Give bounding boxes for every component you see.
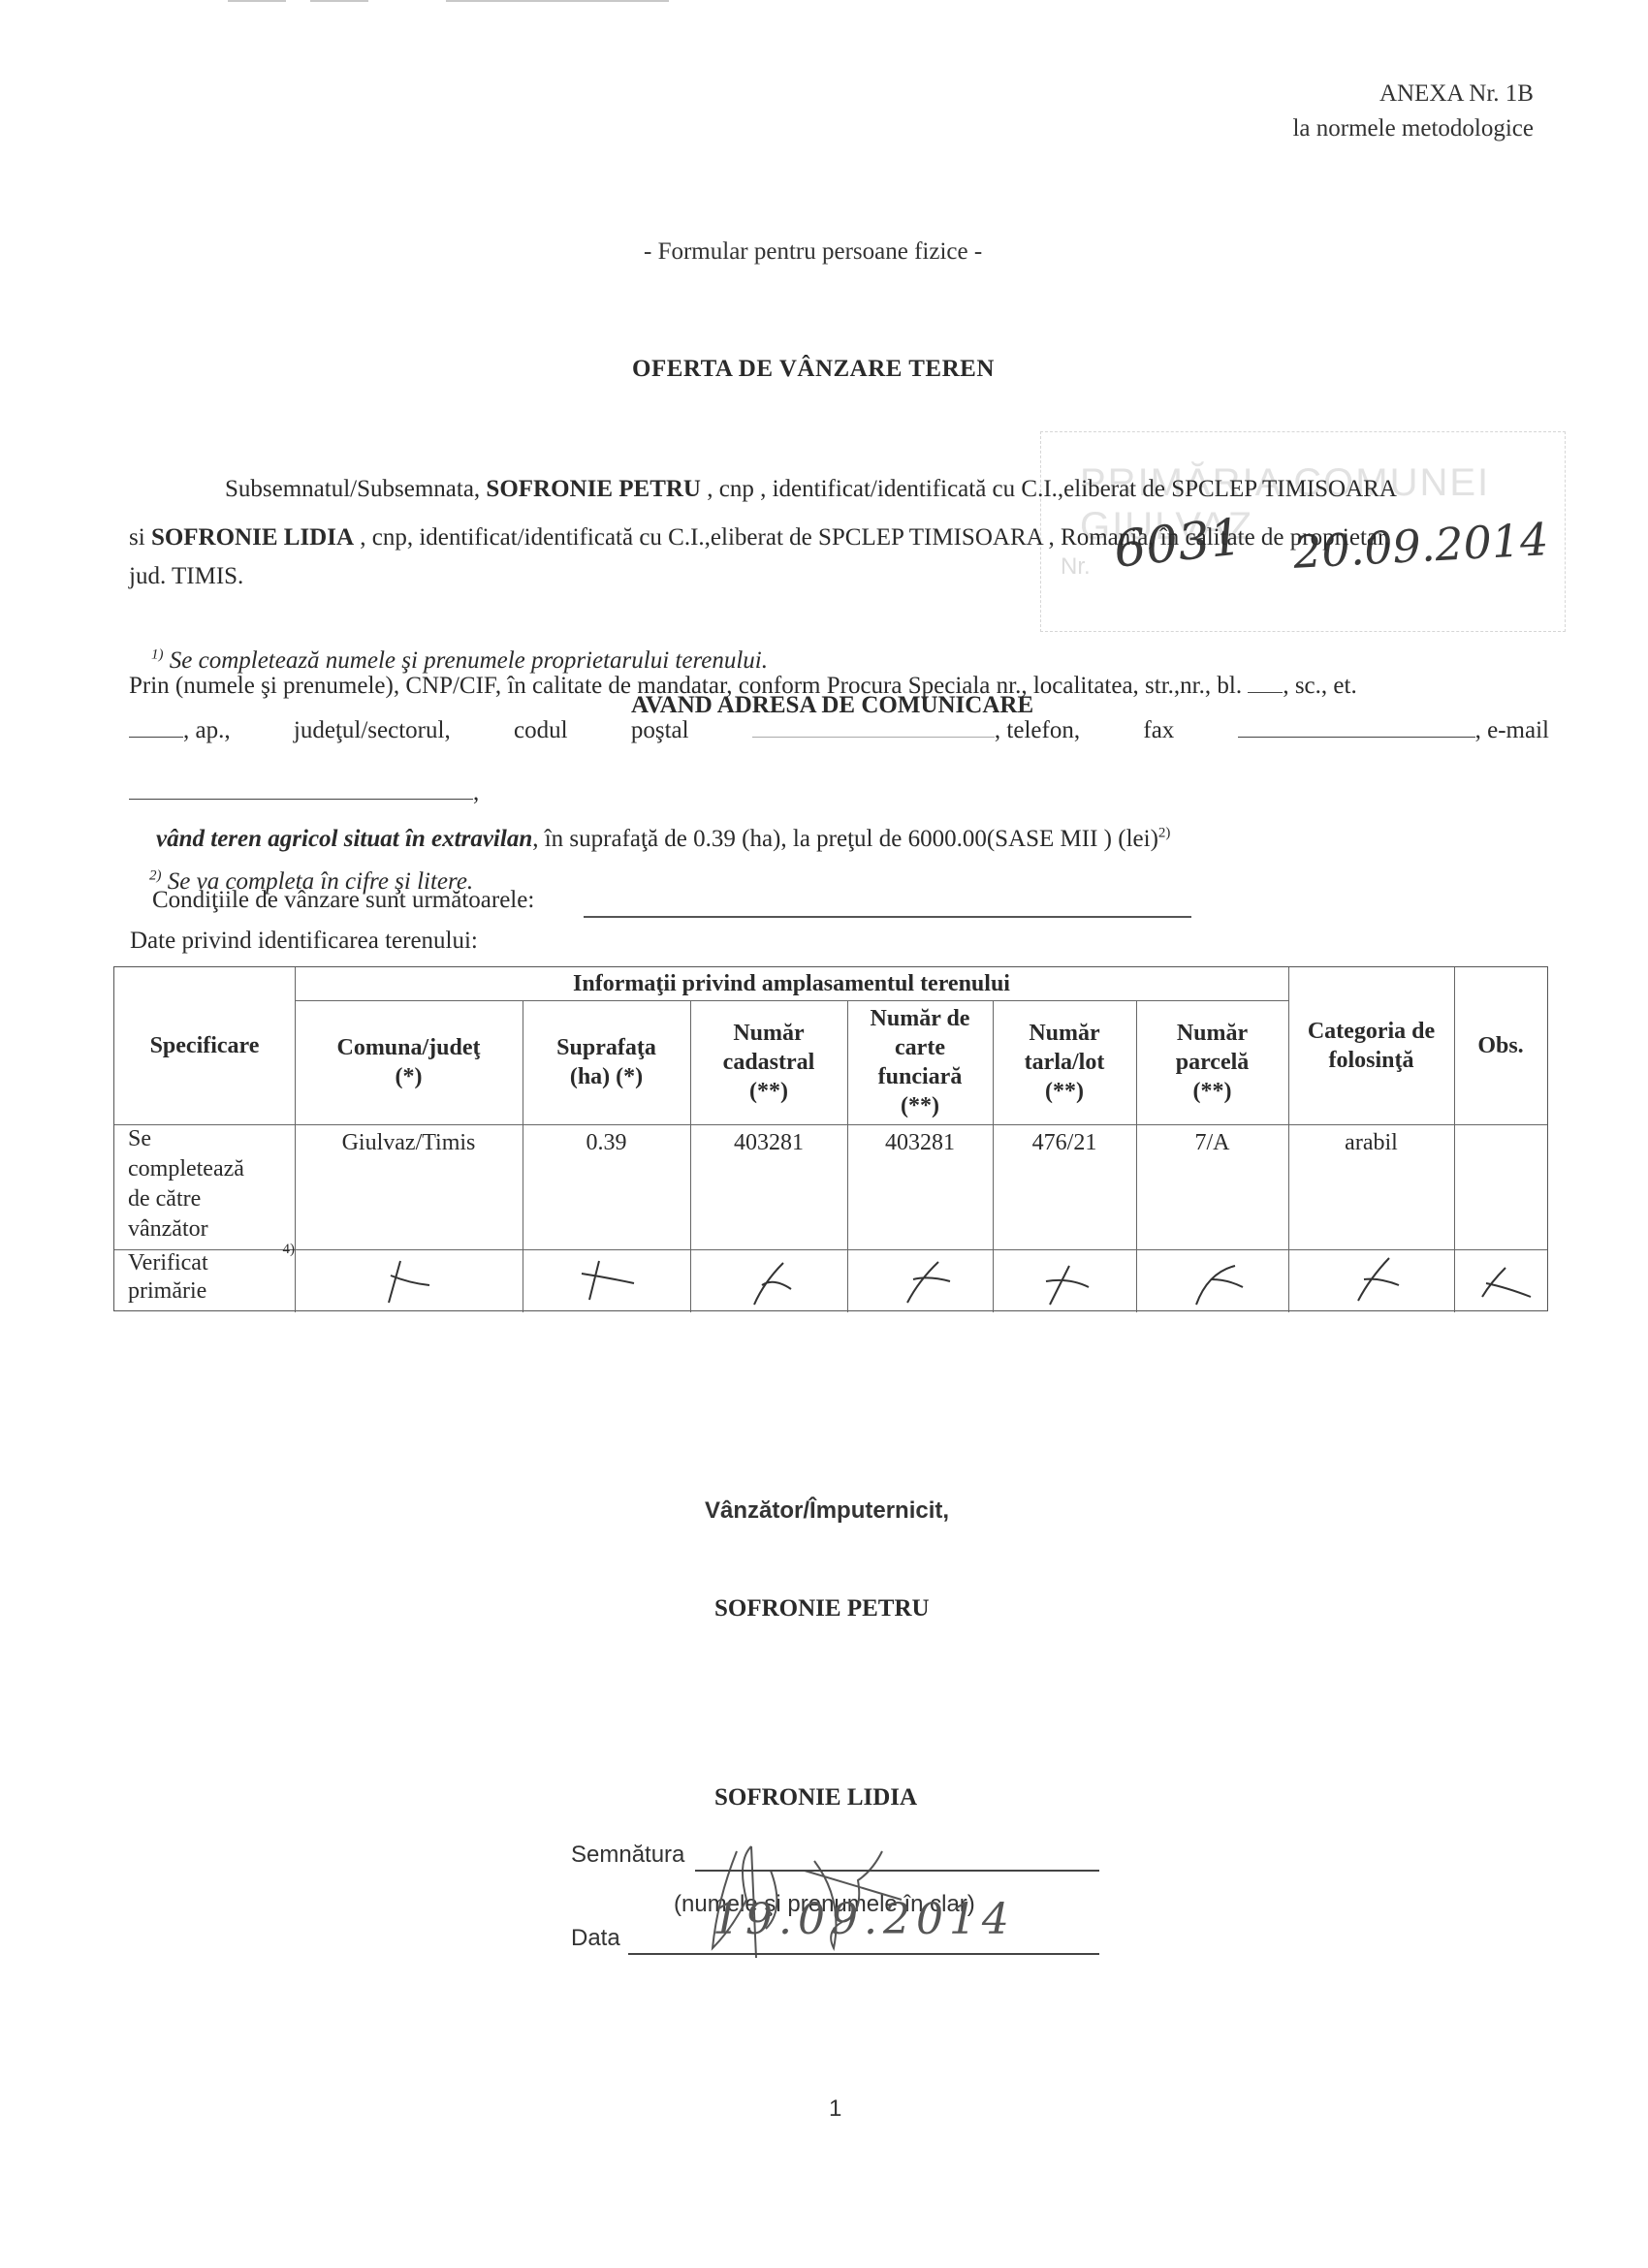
fax-field[interactable] xyxy=(1238,717,1475,738)
check-mark-icon xyxy=(900,1256,958,1305)
address-line-3: , xyxy=(129,778,479,807)
signatory-name-1: SOFRONIE PETRU xyxy=(714,1594,930,1623)
codul-label: codul xyxy=(514,716,568,745)
owner-2-name: SOFRONIE LIDIA xyxy=(151,524,354,551)
check-mark-icon xyxy=(745,1258,803,1307)
signatory-name-2: SOFRONIE LIDIA xyxy=(714,1783,917,1812)
conditions-line: Condiţiile de vânzare sunt următoarele: xyxy=(152,886,534,915)
intro-line-1: Subsemnatul/Subsemnata, SOFRONIE PETRU ,… xyxy=(225,475,1397,504)
cell-suprafata: 0.39 xyxy=(523,1124,690,1249)
page-number: 1 xyxy=(829,2095,841,2123)
check-mark-icon xyxy=(1188,1258,1247,1307)
intro-suffix: , cnp , identificat/identificată cu C.I.… xyxy=(701,476,1397,502)
handwritten-date: 19.09.2014 xyxy=(713,1895,1015,1944)
address-text-1-end: , sc., et. xyxy=(1283,673,1356,699)
sale-footnote-mark: 2) xyxy=(1158,826,1171,841)
email-comma: , xyxy=(473,779,479,805)
row-label-seller: Se completează de către vânzător xyxy=(114,1124,295,1249)
document-title: OFERTA DE VÂNZARE TEREN xyxy=(632,355,995,384)
intro-prefix: Subsemnatul/Subsemnata, xyxy=(225,476,486,502)
intro-suffix-2: , cnp, identificat/identificată cu C.I.,… xyxy=(354,524,1391,551)
owner-1-name: SOFRONIE PETRU xyxy=(486,476,701,502)
email-field[interactable] xyxy=(129,779,473,800)
column-header-suprafata: Suprafaţa (ha) (*) xyxy=(523,1000,690,1124)
cell-parcela: 7/A xyxy=(1136,1124,1288,1249)
signatory-role: Vânzător/Împuternicit, xyxy=(705,1497,949,1525)
email-label: , e-mail xyxy=(1475,717,1549,743)
conditions-label: Condiţiile de vânzare sunt următoarele: xyxy=(152,887,534,913)
conditions-field[interactable] xyxy=(584,916,1191,918)
column-header-carte-funciara: Număr de carte funciară (**) xyxy=(847,1000,993,1124)
land-identification-table: Informaţii privind amplasamentul terenul… xyxy=(113,966,1548,1311)
scan-artifact xyxy=(228,0,286,2)
signature-field[interactable] xyxy=(695,1870,1099,1872)
telefon-label: , telefon, xyxy=(995,717,1080,743)
annex-subtitle: la normele metodologice xyxy=(1292,114,1534,143)
stamp-nr-label: Nr. xyxy=(1061,553,1091,581)
check-mark-icon xyxy=(578,1256,636,1305)
group-header: Informaţii privind amplasamentul terenul… xyxy=(295,967,1288,1000)
land-data-label: Date privind identificarea terenului: xyxy=(130,927,478,956)
scan-artifact xyxy=(446,0,669,2)
fax-label: fax xyxy=(1143,716,1174,745)
row-label-verified: Verificat primărie4) xyxy=(114,1249,295,1310)
et-field-group: , ap., xyxy=(129,716,231,745)
check-mark-icon xyxy=(1040,1258,1098,1307)
cell-carte-funciara: 403281 xyxy=(847,1124,993,1249)
address-text-1: Prin (numele şi prenumele), CNP/CIF, în … xyxy=(129,673,1242,699)
check-mark-icon xyxy=(381,1256,439,1305)
cell-cadastral: 403281 xyxy=(690,1124,847,1249)
date-field[interactable] xyxy=(628,1953,1099,1955)
column-header-specificare: Specificare xyxy=(114,967,295,1124)
row-divider xyxy=(114,1249,1547,1250)
scan-artifact xyxy=(310,0,368,2)
address-line-2: , ap., judeţul/sectorul, codul poştal , … xyxy=(129,716,1549,745)
verified-label: Verificat primărie xyxy=(128,1249,283,1306)
intro-line-2: si SOFRONIE LIDIA , cnp, identificat/ide… xyxy=(129,523,1391,552)
fax-field-group: , e-mail xyxy=(1238,716,1549,745)
date-label: Data xyxy=(571,1925,620,1952)
footnote-2-mark: 2) xyxy=(149,868,162,884)
column-header-cadastral: Număr cadastral (**) xyxy=(690,1000,847,1124)
column-header-tarla: Număr tarla/lot (**) xyxy=(993,1000,1136,1124)
column-header-categoria: Categoria de folosinţă xyxy=(1288,967,1454,1124)
check-mark-icon xyxy=(1476,1258,1535,1307)
address-line-1: Prin (numele şi prenumele), CNP/CIF, în … xyxy=(129,672,1549,701)
annex-number: ANEXA Nr. 1B xyxy=(1379,79,1534,109)
column-header-obs: Obs. xyxy=(1454,967,1547,1124)
check-mark-icon xyxy=(1350,1254,1409,1303)
form-subtitle: - Formular pentru persoane fizice - xyxy=(644,237,982,267)
signature-label: Semnătura xyxy=(571,1842,684,1869)
et-field[interactable] xyxy=(129,717,183,738)
bl-field[interactable] xyxy=(1248,673,1283,693)
postal-code-field[interactable] xyxy=(752,717,995,738)
column-header-comuna: Comuna/judeţ (*) xyxy=(295,1000,523,1124)
cell-obs xyxy=(1454,1124,1547,1249)
judet-label: judeţul/sectorul, xyxy=(294,716,451,745)
cell-comuna: Giulvaz/Timis xyxy=(295,1124,523,1249)
postal-field-group: , telefon, xyxy=(752,716,1080,745)
sale-details: , în suprafaţă de 0.39 (ha), la preţul d… xyxy=(532,826,1158,852)
cell-categoria: arabil xyxy=(1288,1124,1454,1249)
postal-label: poştal xyxy=(631,716,689,745)
sale-statement: vând teren agricol situat în extravilan,… xyxy=(156,825,1170,854)
column-header-parcela: Număr parcelă (**) xyxy=(1136,1000,1288,1124)
cell-tarla: 476/21 xyxy=(993,1124,1136,1249)
footnote-1-text: Se completează numele şi prenumele propr… xyxy=(170,647,768,674)
sale-bold-text: vând teren agricol situat în extravilan xyxy=(156,826,532,852)
intro-line-3: jud. TIMIS. xyxy=(129,562,243,591)
footnote-1-mark: 1) xyxy=(151,647,164,663)
intro-prefix-2: si xyxy=(129,524,151,551)
ap-label: , ap., xyxy=(183,717,231,743)
